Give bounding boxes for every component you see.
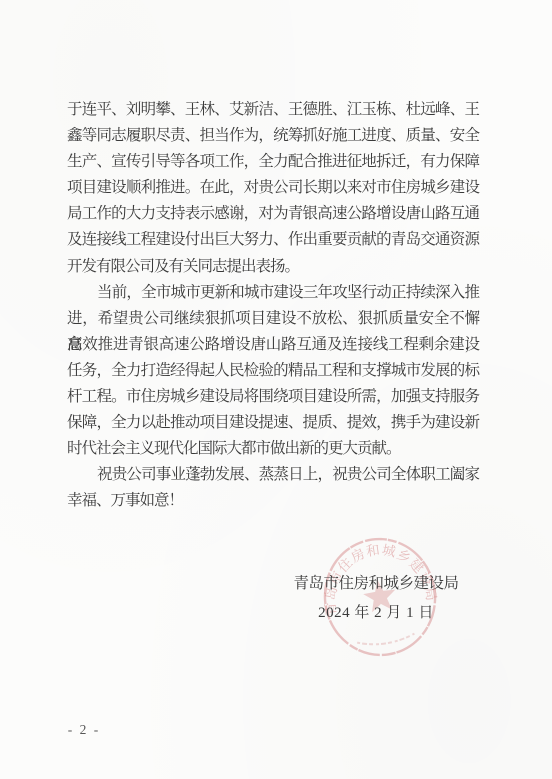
text-line: 局工作的大力支持表示感谢，对为青银高速公路增设唐山路互通 [67,201,479,227]
signature-block: 青岛市住房和城乡建设局 2024 年 2 月 1 日 [256,574,496,623]
signature-organization: 青岛市住房和城乡建设局 [256,574,496,594]
letter-body: 于连平、刘明攀、王林、艾新洁、王德胜、江玉栋、杜远峰、王鑫等同志履职尽责、担当作… [67,97,479,515]
text-line: 鑫等同志履职尽责、担当作为，统筹抓好施工进度、质量、安全 [67,123,479,149]
text-line: 项目建设顺利推进。在此，对贵公司长期以来对市住房城乡建设 [67,175,479,201]
text-line: 高效推进青银高速公路增设唐山路互通及连接线工程剩余建设 [67,332,479,358]
text-line: 开发有限公司及有关同志提出表扬。 [67,254,479,280]
text-line: 及连接线工程建设付出巨大努力、作出重要贡献的青岛交通资源 [67,227,479,253]
text-line: 保障，全力以赴推动项目建设提速、提质、提效，携手为建设新 [67,410,479,436]
text-line: 祝贵公司事业蓬勃发展、蒸蒸日上，祝贵公司全体职工阖家 [67,462,479,488]
text-line: 杆工程。市住房城乡建设局将围绕项目建设所需，加强支持服务 [67,384,479,410]
text-line: 当前，全市城市更新和城市建设三年攻坚行动正持续深入推 [67,280,479,306]
text-line: 于连平、刘明攀、王林、艾新洁、王德胜、江玉栋、杜远峰、王 [67,97,479,123]
text-line: 生产、宣传引导等各项工作，全力配合推进征地拆迁，有力保障 [67,149,479,175]
page-number: - 2 - [54,722,114,738]
text-line: 进，希望贵公司继续狠抓项目建设不放松、狠抓质量安全不懈怠， [67,306,479,332]
text-line: 时代社会主义现代化国际大都市做出新的更大贡献。 [67,436,479,462]
signature-date: 2024 年 2 月 1 日 [256,603,496,623]
text-line: 任务，全力打造经得起人民检验的精品工程和支撑城市发展的标 [67,358,479,384]
scanned-letter-page: 于连平、刘明攀、王林、艾新洁、王德胜、江玉栋、杜远峰、王鑫等同志履职尽责、担当作… [0,0,552,779]
text-line: 幸福、万事如意！ [67,488,479,514]
